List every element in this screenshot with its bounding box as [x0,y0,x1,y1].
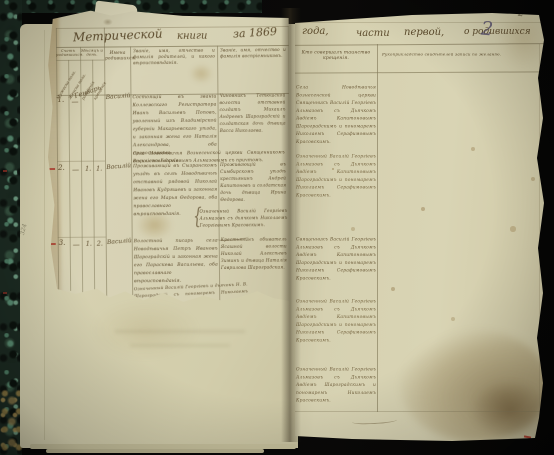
godparents-entry: Чиновникъ Тетюшской волости отставной со… [219,92,285,145]
child-name: Василій [106,162,131,171]
book-title-right-word1: года, [302,26,329,37]
column-header-parents: Званіе, имя, отчество и фамилія родителе… [133,48,215,83]
spine-red-fleck [3,292,7,294]
day-of-baptism: 2. [97,240,103,248]
day-of-birth: 1. [85,165,91,173]
book-title-right-word3: первой, [404,27,444,38]
performer-entry: Означенный Василій Георгіевъ Альмазовъ с… [296,366,376,410]
column-header-names: Имена родившихся. [105,50,130,92]
column-header-count: Счетъ родившихся. [56,49,80,61]
row-female-dash: — [72,166,79,174]
performer-entry: Священникъ Василій Георгіевъ Альмазовъ с… [296,236,376,284]
performer-entry: Означенный Василій Георгіевъ Альмазовъ с… [296,298,376,346]
child-name: Василій [105,92,130,101]
day-of-birth: 1. [86,240,92,248]
red-check-mark [49,168,55,170]
large-stain [400,330,550,442]
foxing-spot [103,18,113,25]
bleed-through [130,344,230,347]
book-title-left-word2: книги [177,31,208,42]
parents-entry: Состоящій въ званіи Коллежскаго Регистра… [132,93,217,152]
row-number: 1. [57,96,64,104]
column-header-performer: Кто совершалъ таинство крещенія. [296,50,376,68]
table-rule [539,44,540,416]
table-rule [296,22,542,23]
book-title-left-word3: за 1869 [233,25,278,41]
column-header-date: Мѣсяцъ и день. [80,49,104,61]
column-header-witnesses: Рукоприкладство свидѣтелей записи по жел… [382,52,538,62]
row-female-dash: — [73,241,80,249]
flourish [352,417,397,425]
godparents-entry: Крестьянинъ обыватель Ясашной волости Ни… [221,236,287,285]
large-stain-core [470,380,550,440]
under-page-crease [44,30,45,440]
left-page: Метрической книги за 1869 Счетъ родивших… [43,5,296,313]
corner-mark: 2 [517,9,524,20]
page-edge-sliver [46,449,264,453]
child-name: Василій [107,237,132,246]
row-number: 3. [59,239,66,247]
folio-number: 2 [480,18,494,41]
book-title-right-word2: части [356,28,390,39]
performer-entry: Означенный Василій Георгіевъ Альмазовъ с… [296,153,376,201]
book-photo: 324 Метрической книги за 1869 Счетъ роди… [0,0,554,455]
bleed-through [115,330,245,333]
table-rule [377,44,378,412]
spine-red-fleck [3,170,7,172]
book-title-left-word1: Метрической [73,26,163,44]
cover-spine [0,0,22,455]
table-rule [294,43,544,46]
performer-entry: Села Новодѣвичья Вознесенской церкви Свя… [296,84,376,140]
book-title-right-word4: о родившихся [464,27,531,37]
column-header-godparents: Званіе, имя, отчество и фамилія воспріем… [220,47,286,82]
right-page: года, части первой, о родившихся 2 2 Кто… [292,8,548,444]
godparents-entry: Проживающій въ Симбирскомъ уѣздѣ крестья… [220,161,286,210]
table-rule [294,71,544,73]
row-number: 2. [58,164,65,172]
red-edge-mark [524,435,531,438]
day-of-baptism: 1. [96,165,102,173]
table-rule [294,411,544,412]
